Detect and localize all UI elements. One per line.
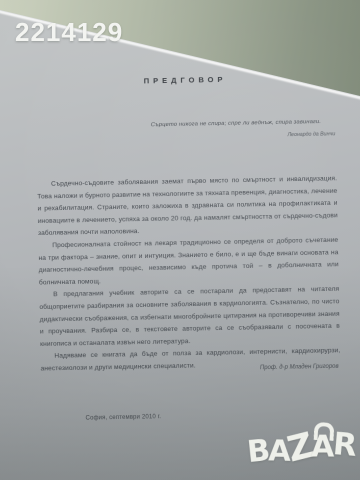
paragraph: Сърдечно-съдовите заболявания заемат пър… [37,172,338,239]
page-text-block: ПРЕДГОВОР Сърцето никога не спира; спре … [35,70,342,456]
logo-letter: R [332,429,358,462]
logo-letter: A [311,433,334,463]
paragraph: В предлагания учебник авторите са се пос… [39,283,340,350]
listing-id-watermark: 2214129 [15,17,123,48]
book-page: ПРЕДГОВОР Сърцето никога не спира; спре … [0,0,360,480]
listing-photo: ПРЕДГОВОР Сърцето никога не спира; спре … [0,0,360,480]
dateline: София, септември 2010 г. [85,413,161,421]
epigraph-attribution: Леонардо да Винчи [136,131,336,141]
bazar-logo-watermark: B A Z A R [246,425,358,468]
epigraph: Сърцето никога не спира; спре ли веднъж,… [136,118,336,140]
paragraph: Надяваме се книгата да бъде от полза за … [40,344,340,374]
paragraph: Професионалната стойност на лекаря тради… [38,234,339,289]
epigraph-quote: Сърцето никога не спира; спре ли веднъж,… [136,118,336,128]
page-title: ПРЕДГОВОР [35,70,335,87]
page-content: ПРЕДГОВОР Сърцето никога не спира; спре … [35,76,335,456]
author-signature: Проф. д-р Младен Григоров [260,362,339,371]
preface-body: Сърдечно-съдовите заболявания заемат пър… [37,172,341,374]
